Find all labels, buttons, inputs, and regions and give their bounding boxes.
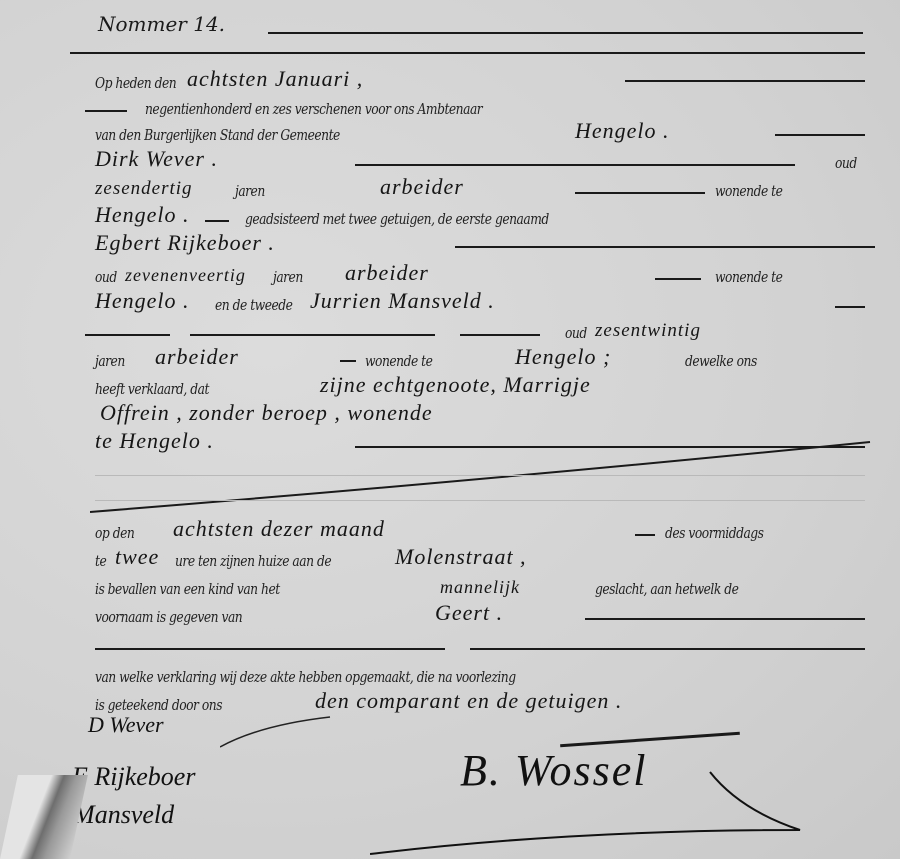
document-page: Nommer 14. Op heden den achtsten Januari… <box>0 0 900 859</box>
paper-edge-shadow <box>0 775 88 859</box>
fill-line <box>95 648 445 650</box>
document-line: is geteekend door ons den comparant en d… <box>95 680 865 720</box>
signature-witness-1: E Rijkeboer <box>72 762 195 792</box>
handwritten-text: den comparant en de getuigen . <box>315 688 622 714</box>
signature-father: D Wever <box>88 712 164 738</box>
fill-line <box>70 52 865 54</box>
fill-line <box>470 648 865 650</box>
record-number: Nommer 14. <box>98 12 225 36</box>
fill-line <box>268 32 863 34</box>
handwritten-text: Geert . <box>435 600 503 626</box>
signature-flourish <box>370 770 830 859</box>
document-line: voornaam is gegeven van Geert . <box>95 592 865 632</box>
printed-text: voornaam is gegeven van <box>95 608 242 626</box>
signature-flourish <box>220 715 340 755</box>
